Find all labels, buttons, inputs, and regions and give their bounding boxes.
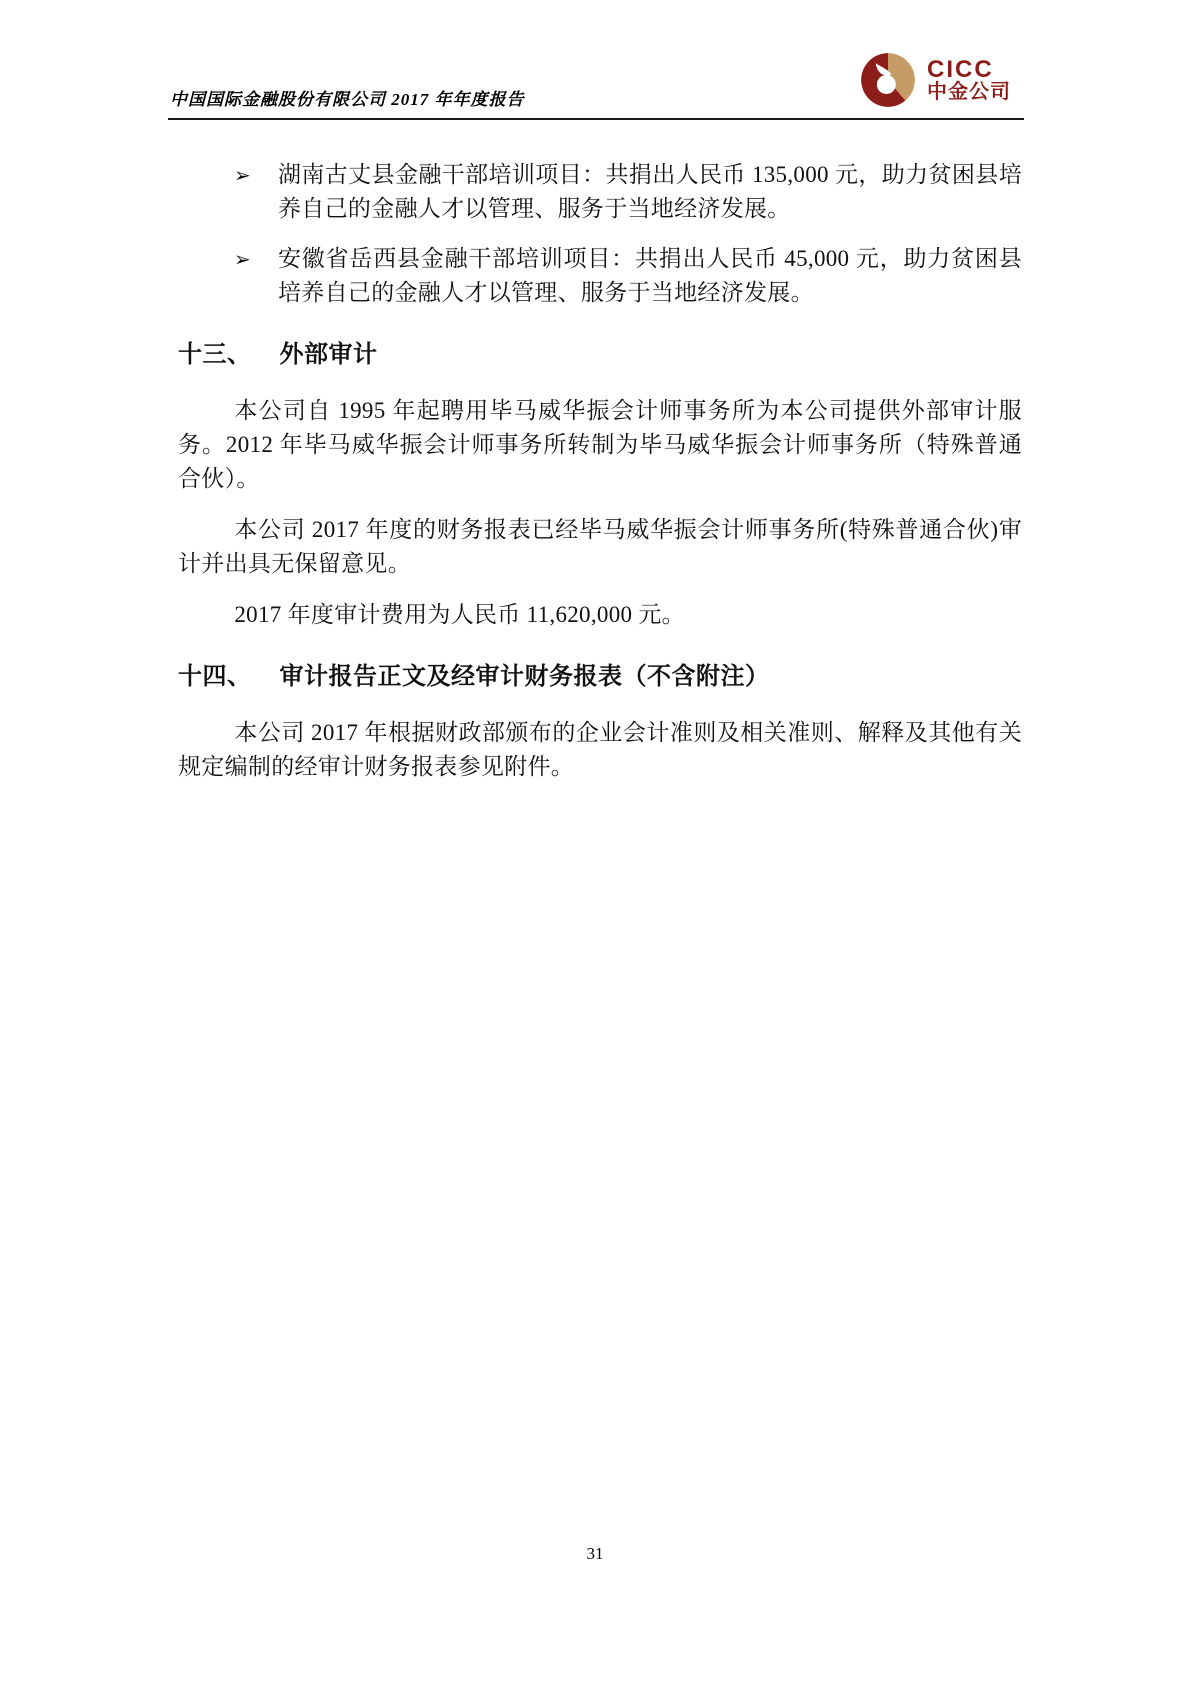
bullet-text: 湖南古丈县金融干部培训项目：共捐出人民币 135,000 元，助力贫困县培养自己… <box>278 162 1022 221</box>
document-page: 中国国际金融股份有限公司 2017 年年度报告 CICC 中金公司 ➢ 湖南古丈 <box>0 0 1190 1684</box>
arrow-bullet-icon: ➢ <box>234 158 251 192</box>
header-divider <box>168 118 1024 120</box>
donation-bullet-list: ➢ 湖南古丈县金融干部培训项目：共捐出人民币 135,000 元，助力贫困县培养… <box>178 158 1022 310</box>
list-item: ➢ 湖南古丈县金融干部培训项目：共捐出人民币 135,000 元，助力贫困县培养… <box>178 158 1022 226</box>
paragraph: 本公司自 1995 年起聘用毕马威华振会计师事务所为本公司提供外部审计服务。20… <box>178 394 1022 496</box>
page-header: 中国国际金融股份有限公司 2017 年年度报告 CICC 中金公司 <box>0 0 1190 120</box>
arrow-bullet-icon: ➢ <box>234 242 251 276</box>
section-heading-audit-report: 十四、审计报告正文及经审计财务报表（不含附注） <box>178 660 1022 694</box>
paragraph: 本公司 2017 年度的财务报表已经毕马威华振会计师事务所(特殊普通合伙)审计并… <box>178 513 1022 581</box>
cicc-logo-chinese: 中金公司 <box>927 82 1011 103</box>
section-title: 审计报告正文及经审计财务报表（不含附注） <box>280 664 770 690</box>
section-heading-external-audit: 十三、外部审计 <box>178 338 1022 372</box>
cicc-logo-text: CICC 中金公司 <box>927 57 1011 103</box>
section-number: 十四、 <box>178 664 252 690</box>
section-number: 十三、 <box>178 342 252 368</box>
section-title: 外部审计 <box>280 342 378 368</box>
cicc-logo-icon <box>860 52 916 108</box>
report-title: 中国国际金融股份有限公司 2017 年年度报告 <box>170 85 525 110</box>
list-item: ➢ 安徽省岳西县金融干部培训项目：共捐出人民币 45,000 元，助力贫困县培养… <box>178 242 1022 310</box>
cicc-logo-latin: CICC <box>927 57 1011 82</box>
page-number: 31 <box>0 1544 1190 1564</box>
cicc-logo: CICC 中金公司 <box>860 52 1011 108</box>
paragraph: 2017 年度审计费用为人民币 11,620,000 元。 <box>178 598 1022 632</box>
document-body: ➢ 湖南古丈县金融干部培训项目：共捐出人民币 135,000 元，助力贫困县培养… <box>178 158 1022 784</box>
paragraph: 本公司 2017 年根据财政部颁布的企业会计准则及相关准则、解释及其他有关规定编… <box>178 716 1022 784</box>
bullet-text: 安徽省岳西县金融干部培训项目：共捐出人民币 45,000 元，助力贫困县培养自己… <box>278 246 1022 305</box>
